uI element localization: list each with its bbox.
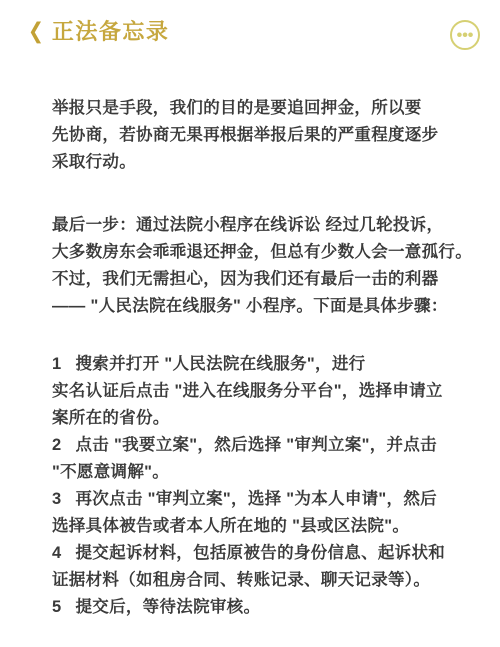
memo-page: ❮ 正法备忘录 ••• 举报只是手段，我们的目的是要追回押金，所以要 先协商，若… — [0, 0, 500, 647]
step-item-1: 1搜索并打开 "人民法院在线服务"，进行 实名认证后点击 "进入在线服务分平台"… — [52, 351, 484, 432]
memo-content: 举报只是手段，我们的目的是要追回押金，所以要 先协商，若协商无果再根据举报后果的… — [52, 95, 484, 621]
paragraph-intro: 举报只是手段，我们的目的是要追回押金，所以要 先协商，若协商无果再根据举报后果的… — [52, 95, 484, 176]
step-number: 2 — [52, 436, 61, 454]
step-item-3: 3再次点击 "审判立案"，选择 "为本人申请"，然后 选择具体被告或者本人所在地… — [52, 486, 484, 540]
step-number: 1 — [52, 355, 61, 373]
navbar: ❮ 正法备忘录 ••• — [0, 0, 500, 56]
step-text: 提交后，等待法院审核。 — [75, 598, 260, 616]
step-item-4: 4提交起诉材料，包括原被告的身份信息、起诉状和 证据材料（如租房合同、转账记录、… — [52, 540, 484, 594]
more-options-button[interactable]: ••• — [450, 20, 480, 50]
step-text: 搜索并打开 "人民法院在线服务"，进行 实名认证后点击 "进入在线服务分平台"，… — [52, 355, 443, 427]
paragraph-last-step: 最后一步：通过法院小程序在线诉讼 经过几轮投诉， 大多数房东会乖乖退还押金，但总… — [52, 212, 484, 320]
back-button[interactable]: ❮ 正法备忘录 — [28, 17, 169, 47]
step-number: 4 — [52, 544, 61, 562]
step-item-5: 5提交后，等待法院审核。 — [52, 594, 484, 621]
step-text: 提交起诉材料，包括原被告的身份信息、起诉状和 证据材料（如租房合同、转账记录、聊… — [52, 544, 445, 589]
step-number: 5 — [52, 598, 61, 616]
step-text: 再次点击 "审判立案"，选择 "为本人申请"，然后 选择具体被告或者本人所在地的… — [52, 490, 437, 535]
step-number: 3 — [52, 490, 61, 508]
step-item-2: 2点击 "我要立案"，然后选择 "审判立案"，并点击 "不愿意调解"。 — [52, 432, 484, 486]
ellipsis-icon: ••• — [452, 23, 478, 48]
step-text: 点击 "我要立案"，然后选择 "审判立案"，并点击 "不愿意调解"。 — [52, 436, 437, 481]
page-title: 正法备忘录 — [52, 17, 170, 47]
back-chevron-icon: ❮ — [28, 15, 44, 50]
